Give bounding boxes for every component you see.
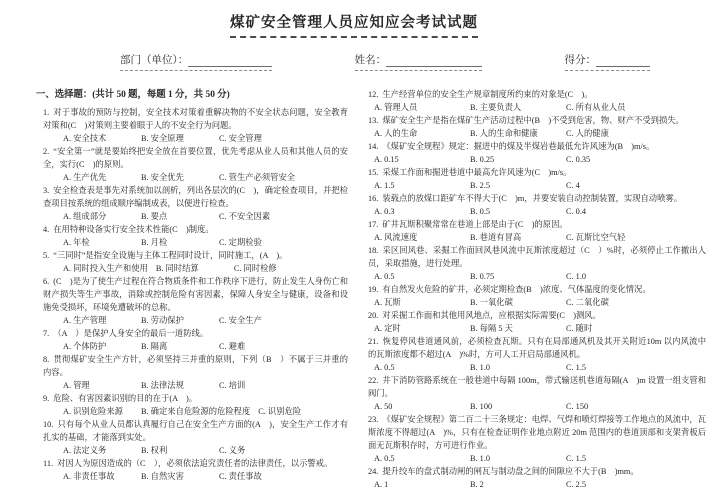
option-a: A. 管理人员 (374, 101, 462, 114)
question-text: 1.对于事故的预防与控制，安全技术对策着重解决物的不安全状态问题，安全教育对策和… (36, 106, 348, 132)
option-c: C. 义务 (219, 444, 289, 457)
question-item: 22.井下消防管路系统在一般巷道中每隔 100m，带式输送机巷道每隔(A )m … (361, 374, 706, 413)
question-item: 16.装载点的放煤口距矿车不得大于(C )m，并要安装自动控制装置，实现自动喷雾… (361, 192, 706, 218)
option-c: C. 150 (566, 400, 654, 413)
question-number: 12. (368, 90, 378, 99)
option-a: A. 识别危险来源 (63, 405, 133, 418)
question-text: 13.煤矿安全生产是指在煤矿生产活动过程中(B )不受到危害，物、财产不受到损失… (361, 114, 706, 127)
option-c: C. 安全生产 (219, 314, 289, 327)
question-item: 23.《煤矿安全规程》第二百二十三条规定：电焊、气焊和喷灯焊接等工作地点的风流中… (361, 413, 706, 465)
question-text: 15.采煤工作面和掘进巷道中最高允许风速为(C )m/s。 (361, 166, 706, 179)
question-item: 7.（A ）是保护人身安全的最后一道防线。 A. 个体防护 B. 隔离 C. 避… (36, 327, 348, 353)
options-row: A. 同时投入生产和使用 B. 同时结算 C. 同时检修 (36, 262, 348, 275)
question-number: 11. (43, 459, 53, 468)
options-row: A. 定时 B. 每隔 5 天 C. 随时 (361, 322, 706, 335)
option-b: B. 隔离 (141, 340, 211, 353)
option-c: C. 1.0 (566, 270, 654, 283)
question-number: 6. (43, 277, 49, 286)
question-text: 18.采区回风巷、采掘工作面回风巷风流中瓦斯浓度超过（C ）%时，必须停止工作撤… (361, 244, 706, 270)
question-body: 有自然发火危险的矿井，必须定期检查(B )浓度、气体温度的变化情况。 (382, 285, 650, 294)
question-text: 8.贯彻煤矿安全生产方针，必须坚持三并重的原则，下列（B ）不属于三并重的内容。 (36, 353, 348, 379)
question-number: 19. (368, 285, 378, 294)
option-b: B. 1.0 (470, 452, 558, 465)
option-c: C. 所有从业人员 (566, 101, 654, 114)
option-c: C. 二氧化碳 (566, 296, 654, 309)
question-body: “三同时”是指安全设施与主体工程同时设计，同时施工，(A )。 (53, 251, 287, 260)
option-b: B. 0.75 (470, 270, 558, 283)
options-row: A. 0.15 B. 0.25 C. 0.35 (361, 153, 706, 166)
question-item: 10.只有每个从业人员都认真履行自己在安全生产方面的(A )，安全生产工作才有扎… (36, 418, 348, 457)
question-number: 17. (368, 220, 378, 229)
question-text: 2.“安全第一”就是要始终把安全放在首要位置，优先考虑从业人员和其他人员的安全，… (36, 145, 348, 171)
question-text: 19.有自然发火危险的矿井，必须定期检查(B )浓度、气体温度的变化情况。 (361, 283, 706, 296)
option-c: C. 2.5 (566, 478, 654, 491)
option-c: C. 1.5 (566, 361, 654, 374)
option-c: C. 4 (566, 179, 654, 192)
question-number: 21. (368, 337, 378, 346)
option-c: C. 安全管理 (219, 132, 289, 145)
question-body: 提升绞车的盘式制动闸的闸瓦与制动盘之间的间隙应不大于(B )mm。 (382, 467, 638, 476)
option-b: B. 劳动保护 (141, 314, 211, 327)
options-row: A. 1.5 B. 2.5 C. 4 (361, 179, 706, 192)
options-row: A. 个体防护 B. 隔离 C. 避难 (36, 340, 348, 353)
question-body: 安全检查表是事先对系统加以剖析，列出各层次的(C )，确定检查项目，并把检查项目… (43, 186, 348, 208)
option-c: C. 培训 (219, 379, 289, 392)
option-a: A. 个体防护 (63, 340, 133, 353)
department-label: 部门（单位）： (120, 52, 188, 67)
option-b: B. 0.25 (470, 153, 558, 166)
header-fields: 部门（单位）： 姓名： 得分： (0, 52, 708, 71)
question-text: 16.装载点的放煤口距矿车不得大于(C )m，并要安装自动控制装置，实现自动喷雾… (361, 192, 706, 205)
question-body: 煤矿安全生产是指在煤矿生产活动过程中(B )不受到危害，物、财产不受到损失。 (382, 116, 683, 125)
question-text: 21.恢复停风巷道通风前，必须检查瓦斯。只有在局部通风机及其开关附近10m 以内… (361, 335, 706, 361)
option-a: A. 组成部分 (63, 210, 133, 223)
option-b: B. 人的生命和健康 (470, 127, 558, 140)
option-a: A. 1 (374, 478, 462, 491)
question-body: 在用特种设备实行安全技术性能(C )制度。 (53, 225, 213, 234)
option-b: B. 每隔 5 天 (470, 322, 558, 335)
field-name: 姓名： (355, 52, 483, 71)
question-item: 1.对于事故的预防与控制，安全技术对策着重解决物的不安全状态问题，安全教育对策和… (36, 106, 348, 145)
option-c: C. 0.35 (566, 153, 654, 166)
options-row: A. 1 B. 2 C. 2.5 (361, 478, 706, 491)
option-b: B. 一氧化碳 (470, 296, 558, 309)
options-row: A. 年检 B. 月检 C. 定期检验 (36, 236, 348, 249)
question-item: 17.矿井瓦斯积聚常常在巷道上部是由于(C )的原因。 A. 风流速度 B. 巷… (361, 218, 706, 244)
question-body: 《煤矿安全规程》规定：掘进中的煤及半煤岩巷最低允许风速为(B )m/s。 (382, 142, 654, 151)
option-b: B. 巷道有冒高 (470, 231, 558, 244)
question-body: 贯彻煤矿安全生产方针，必须坚持三并重的原则，下列（B ）不属于三并重的内容。 (43, 355, 348, 377)
question-text: 22.井下消防管路系统在一般巷道中每隔 100m，带式输送机巷道每隔(A )m … (361, 374, 706, 400)
question-text: 24.提升绞车的盘式制动闸的闸瓦与制动盘之间的间隙应不大于(B )mm。 (361, 465, 706, 478)
question-text: 4.在用特种设备实行安全技术性能(C )制度。 (36, 223, 348, 236)
option-b: B. 要点 (141, 210, 211, 223)
option-a: A. 0.5 (374, 452, 462, 465)
question-item: 8.贯彻煤矿安全生产方针，必须坚持三并重的原则，下列（B ）不属于三并重的内容。… (36, 353, 348, 392)
questions-column-left: 一、选择题：(共计 50 题，每题 1 分，共 50 分) 1.对于事故的预防与… (36, 88, 348, 491)
question-text: 6.(C )是为了使生产过程在符合物质条件和工作秩序下进行，防止发生人身伤亡和财… (36, 275, 348, 314)
question-text: 3.安全检查表是事先对系统加以剖析，列出各层次的(C )，确定检查项目，并把检查… (36, 184, 348, 210)
question-text: 20.对采掘工作面和其他用风地点，应根据实际需要(C )测风。 (361, 309, 706, 322)
question-body: “安全第一”就是要始终把安全放在首要位置，优先考虑从业人员和其他人员的安全，实行… (43, 147, 348, 169)
options-row: A. 瓦斯 B. 一氧化碳 C. 二氧化碳 (361, 296, 706, 309)
option-b: B. 确定来自危险源的危险程度 (141, 405, 250, 418)
option-a: A. 非责任事故 (63, 470, 133, 483)
question-number: 7. (43, 329, 49, 338)
questions-content: 一、选择题：(共计 50 题，每题 1 分，共 50 分) 1.对于事故的预防与… (0, 88, 708, 491)
option-a: A. 0.15 (374, 153, 462, 166)
question-text: 17.矿井瓦斯积聚常常在巷道上部是由于(C )的原因。 (361, 218, 706, 231)
title-wrap: 煤矿安全管理人员应知应会考试试题 (0, 0, 708, 38)
question-body: 采煤工作面和掘进巷道中最高允许风速为(C )m/s。 (382, 168, 571, 177)
options-row: A. 0.5 B. 1.0 C. 1.5 (361, 452, 706, 465)
option-b: B. 同时结算 (156, 262, 226, 275)
option-a: A. 管理 (63, 379, 133, 392)
question-item: 11.对因人为原因造成的（C ），必须依法追究责任者的法律责任，以示警戒。 A.… (36, 457, 348, 483)
option-b: B. 安全原理 (141, 132, 211, 145)
option-b: B. 法律法规 (141, 379, 211, 392)
options-row: A. 管理人员 B. 主要负责人 C. 所有从业人员 (361, 101, 706, 114)
question-number: 15. (368, 168, 378, 177)
option-a: A. 瓦斯 (374, 296, 462, 309)
option-a: A. 1.5 (374, 179, 462, 192)
question-text: 12.生产经营单位的安全生产规章制度所约束的对象是(C )。 (361, 88, 706, 101)
question-item: 4.在用特种设备实行安全技术性能(C )制度。 A. 年检 B. 月检 C. 定… (36, 223, 348, 249)
question-number: 23. (368, 415, 378, 424)
question-item: 21.恢复停风巷道通风前，必须检查瓦斯。只有在局部通风机及其开关附近10m 以内… (361, 335, 706, 374)
question-item: 5.“三同时”是指安全设施与主体工程同时设计，同时施工，(A )。 A. 同时投… (36, 249, 348, 275)
question-body: 对采掘工作面和其他用风地点，应根据实际需要(C )测风。 (382, 311, 600, 320)
question-number: 18. (368, 246, 378, 255)
question-body: 《煤矿安全规程》第二百二十三条规定：电焊、气焊和喷灯焊接等工作地点的风流中，瓦斯… (368, 415, 706, 450)
question-item: 15.采煤工作面和掘进巷道中最高允许风速为(C )m/s。 A. 1.5 B. … (361, 166, 706, 192)
option-b: B. 主要负责人 (470, 101, 558, 114)
options-row: A. 法定义务 B. 权利 C. 义务 (36, 444, 348, 457)
option-c: C. 不安全因素 (219, 210, 289, 223)
option-a: A. 同时投入生产和使用 (63, 262, 148, 275)
question-text: 11.对因人为原因造成的（C ），必须依法追究责任者的法律责任，以示警戒。 (36, 457, 348, 470)
question-item: 9.危险、有害因素识别的目的在于(A )。 A. 识别危险来源 B. 确定来自危… (36, 392, 348, 418)
field-department: 部门（单位）： (120, 52, 272, 71)
option-b: B. 月检 (141, 236, 211, 249)
question-number: 24. (368, 467, 378, 476)
options-row: A. 安全技术 B. 安全原理 C. 安全管理 (36, 132, 348, 145)
question-number: 16. (368, 194, 378, 203)
question-body: (C )是为了使生产过程在符合物质条件和工作秩序下进行，防止发生人身伤亡和财产损… (43, 277, 348, 312)
option-a: A. 50 (374, 400, 462, 413)
question-body: 装载点的放煤口距矿车不得大于(C )m，并要安装自动控制装置，实现自动喷雾。 (382, 194, 682, 203)
question-number: 2. (43, 147, 49, 156)
question-body: 危险、有害因素识别的目的在于(A )。 (53, 394, 197, 403)
question-item: 6.(C )是为了使生产过程在符合物质条件和工作秩序下进行，防止发生人身伤亡和财… (36, 275, 348, 327)
question-item: 20.对采掘工作面和其他用风地点，应根据实际需要(C )测风。 A. 定时 B.… (361, 309, 706, 335)
options-row: A. 0.3 B. 0.5 C. 0.4 (361, 205, 706, 218)
options-row: A. 生产优先 B. 安全优先 C. 管生产必须管安全 (36, 171, 348, 184)
option-c: C. 识别危险 (258, 405, 328, 418)
question-text: 10.只有每个从业人员都认真履行自己在安全生产方面的(A )，安全生产工作才有扎… (36, 418, 348, 444)
question-number: 1. (43, 108, 49, 117)
option-b: B. 100 (470, 400, 558, 413)
options-row: A. 0.5 B. 1.0 C. 1.5 (361, 361, 706, 374)
option-b: B. 0.5 (470, 205, 558, 218)
question-number: 13. (368, 116, 378, 125)
option-a: A. 0.3 (374, 205, 462, 218)
question-text: 9.危险、有害因素识别的目的在于(A )。 (36, 392, 348, 405)
option-a: A. 定时 (374, 322, 462, 335)
score-label: 得分： (565, 52, 597, 67)
question-body: 只有每个从业人员都认真履行自己在安全生产方面的(A )，安全生产工作才有扎实的基… (43, 420, 348, 442)
question-body: （A ）是保护人身安全的最后一道防线。 (53, 329, 208, 338)
question-text: 7.（A ）是保护人身安全的最后一道防线。 (36, 327, 348, 340)
option-a: A. 风流速度 (374, 231, 462, 244)
option-c: C. 同时检修 (234, 262, 304, 275)
question-number: 22. (368, 376, 378, 385)
option-a: A. 人的生命 (374, 127, 462, 140)
question-item: 14.《煤矿安全规程》规定：掘进中的煤及半煤岩巷最低允许风速为(B )m/s。 … (361, 140, 706, 166)
question-number: 3. (43, 186, 49, 195)
option-c: C. 随时 (566, 322, 654, 335)
option-c: C. 定期检验 (219, 236, 289, 249)
question-body: 采区回风巷、采掘工作面回风巷风流中瓦斯浓度超过（C ）%时，必须停止工作撤出人员… (368, 246, 706, 268)
option-b: B. 安全优先 (141, 171, 211, 184)
option-b: B. 2.5 (470, 179, 558, 192)
left-question-list: 1.对于事故的预防与控制，安全技术对策着重解决物的不安全状态问题，安全教育对策和… (36, 106, 348, 483)
question-text: 5.“三同时”是指安全设施与主体工程同时设计，同时施工，(A )。 (36, 249, 348, 262)
question-number: 9. (43, 394, 49, 403)
option-c: C. 1.5 (566, 452, 654, 465)
question-item: 13.煤矿安全生产是指在煤矿生产活动过程中(B )不受到危害，物、财产不受到损失… (361, 114, 706, 140)
options-row: A. 风流速度 B. 巷道有冒高 C. 瓦斯比空气轻 (361, 231, 706, 244)
question-number: 10. (43, 420, 53, 429)
question-body: 对因人为原因造成的（C ），必须依法追究责任者的法律责任，以示警戒。 (57, 459, 332, 468)
option-a: A. 年检 (63, 236, 133, 249)
option-a: A. 生产优先 (63, 171, 133, 184)
question-body: 恢复停风巷道通风前，必须检查瓦斯。只有在局部通风机及其开关附近10m 以内风流中… (368, 337, 706, 359)
department-blank (188, 56, 272, 67)
page-title: 煤矿安全管理人员应知应会考试试题 (230, 11, 478, 38)
question-item: 24.提升绞车的盘式制动闸的闸瓦与制动盘之间的间隙应不大于(B )mm。 A. … (361, 465, 706, 491)
right-question-list: 12.生产经营单位的安全生产规章制度所约束的对象是(C )。 A. 管理人员 B… (361, 88, 706, 491)
option-c: C. 避难 (219, 340, 289, 353)
option-a: A. 0.5 (374, 361, 462, 374)
question-number: 4. (43, 225, 49, 234)
options-row: A. 人的生命 B. 人的生命和健康 C. 人的健康 (361, 127, 706, 140)
options-row: A. 0.5 B. 0.75 C. 1.0 (361, 270, 706, 283)
question-body: 生产经营单位的安全生产规章制度所约束的对象是(C )。 (382, 90, 592, 99)
field-score: 得分： (565, 52, 651, 71)
options-row: A. 非责任事故 B. 自然灾害 C. 责任事故 (36, 470, 348, 483)
question-item: 2.“安全第一”就是要始终把安全放在首要位置，优先考虑从业人员和其他人员的安全，… (36, 145, 348, 184)
option-b: B. 权利 (141, 444, 211, 457)
name-label: 姓名： (355, 52, 387, 67)
options-row: A. 识别危险来源 B. 确定来自危险源的危险程度 C. 识别危险 (36, 405, 348, 418)
options-row: A. 组成部分 B. 要点 C. 不安全因素 (36, 210, 348, 223)
question-item: 18.采区回风巷、采掘工作面回风巷风流中瓦斯浓度超过（C ）%时，必须停止工作撤… (361, 244, 706, 283)
option-b: B. 1.0 (470, 361, 558, 374)
option-c: C. 0.4 (566, 205, 654, 218)
name-blank (386, 56, 482, 67)
questions-column-right: 12.生产经营单位的安全生产规章制度所约束的对象是(C )。 A. 管理人员 B… (361, 88, 706, 491)
option-a: A. 0.5 (374, 270, 462, 283)
question-item: 19.有自然发火危险的矿井，必须定期检查(B )浓度、气体温度的变化情况。 A.… (361, 283, 706, 309)
exam-paper-page: 煤矿安全管理人员应知应会考试试题 部门（单位）： 姓名： 得分： 一、选择题：(… (0, 0, 708, 500)
question-number: 8. (43, 355, 49, 364)
options-row: A. 50 B. 100 C. 150 (361, 400, 706, 413)
question-item: 12.生产经营单位的安全生产规章制度所约束的对象是(C )。 A. 管理人员 B… (361, 88, 706, 114)
options-row: A. 生产管理 B. 劳动保护 C. 安全生产 (36, 314, 348, 327)
option-c: C. 人的健康 (566, 127, 654, 140)
option-a: A. 生产管理 (63, 314, 133, 327)
question-body: 井下消防管路系统在一般巷道中每隔 100m，带式输送机巷道每隔(A )m 设置一… (368, 376, 706, 398)
option-c: C. 责任事故 (219, 470, 289, 483)
option-a: A. 安全技术 (63, 132, 133, 145)
option-a: A. 法定义务 (63, 444, 133, 457)
options-row: A. 管理 B. 法律法规 C. 培训 (36, 379, 348, 392)
question-number: 5. (43, 251, 49, 260)
question-text: 23.《煤矿安全规程》第二百二十三条规定：电焊、气焊和喷灯焊接等工作地点的风流中… (361, 413, 706, 452)
question-body: 矿井瓦斯积聚常常在巷道上部是由于(C )的原因。 (382, 220, 567, 229)
question-item: 3.安全检查表是事先对系统加以剖析，列出各层次的(C )，确定检查项目，并把检查… (36, 184, 348, 223)
section-heading: 一、选择题：(共计 50 题，每题 1 分，共 50 分) (36, 88, 348, 102)
question-number: 20. (368, 311, 378, 320)
option-c: C. 瓦斯比空气轻 (566, 231, 654, 244)
question-text: 14.《煤矿安全规程》规定：掘进中的煤及半煤岩巷最低允许风速为(B )m/s。 (361, 140, 706, 153)
option-b: B. 2 (470, 478, 558, 491)
option-c: C. 管生产必须管安全 (219, 171, 295, 184)
score-blank (596, 56, 650, 67)
option-b: B. 自然灾害 (141, 470, 211, 483)
question-body: 对于事故的预防与控制，安全技术对策着重解决物的不安全状态问题，安全教育对策和(C… (43, 108, 348, 130)
question-number: 14. (368, 142, 378, 151)
